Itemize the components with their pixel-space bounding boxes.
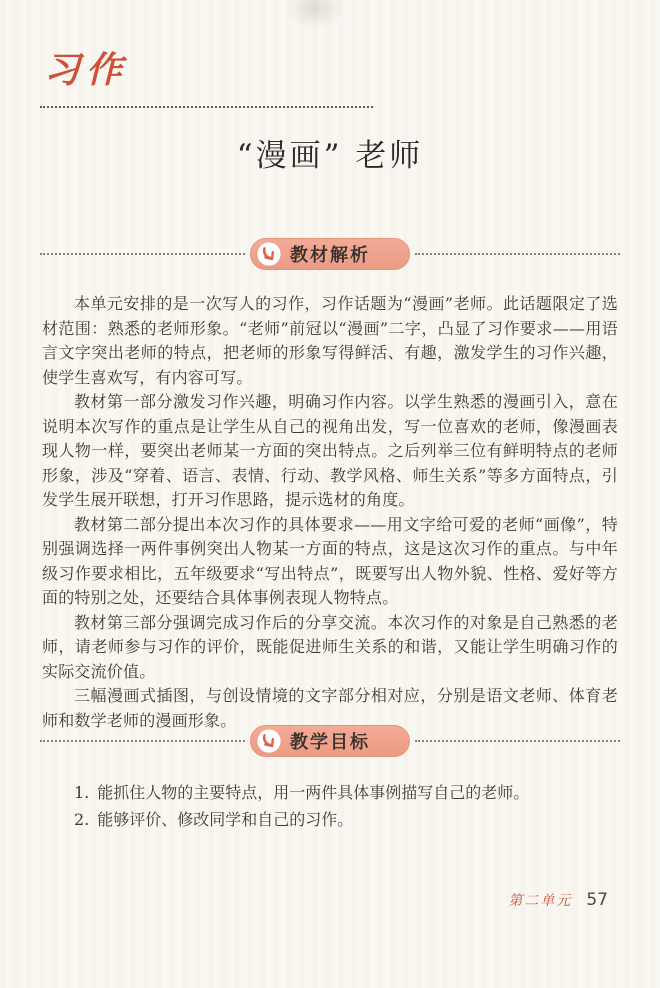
material-analysis-badge: 教材解析 xyxy=(250,238,410,270)
badge-label: 教学目标 xyxy=(290,728,370,754)
paragraph: 教材第三部分强调完成习作后的分享交流。本次习作的对象是自己熟悉的老师，请老师参与… xyxy=(42,611,618,685)
curved-down-right-arrow-icon xyxy=(256,728,282,754)
objective-text: 能抓住人物的主要特点，用一两件具体事例描写自己的老师。 xyxy=(97,783,529,802)
objective-text: 能够评价、修改同学和自己的习作。 xyxy=(97,810,353,829)
dotted-divider-right xyxy=(415,253,620,255)
page-footer: 第二单元 57 xyxy=(508,890,608,910)
lesson-title: “漫画” 老师 xyxy=(0,130,660,175)
paragraph: 本单元安排的是一次写人的习作，习作话题为“漫画”老师。此话题限定了选材范围：熟悉… xyxy=(42,292,618,390)
objective-item: 1.能抓住人物的主要特点，用一两件具体事例描写自己的老师。 xyxy=(42,779,618,806)
page-number: 57 xyxy=(586,890,608,910)
dotted-divider-left xyxy=(40,253,245,255)
paragraph: 教材第二部分提出本次习作的具体要求——用文字给可爱的老师“画像”，特别强调选择一… xyxy=(42,513,618,611)
book-page: 习作 “漫画” 老师 教材解析 本单元安排的是一次写人的习作，习作话题为“漫画”… xyxy=(0,0,660,988)
objective-number: 1. xyxy=(74,783,89,802)
objectives-list: 1.能抓住人物的主要特点，用一两件具体事例描写自己的老师。 2.能够评价、修改同… xyxy=(42,779,618,833)
dotted-divider-left xyxy=(40,740,245,742)
unit-label: 第二单元 xyxy=(508,890,572,910)
curved-down-right-arrow-icon xyxy=(256,241,282,267)
badge-row-teaching-objectives: 教学目标 xyxy=(40,725,620,757)
badge-row-material-analysis: 教材解析 xyxy=(40,238,620,270)
teaching-objectives-badge: 教学目标 xyxy=(250,725,410,757)
paragraph: 教材第一部分激发习作兴趣，明确习作内容。以学生熟悉的漫画引入，意在说明本次写作的… xyxy=(42,390,618,513)
header-dotted-rule xyxy=(40,106,373,108)
dotted-divider-right xyxy=(415,740,620,742)
badge-label: 教材解析 xyxy=(290,241,370,267)
material-analysis-body: 本单元安排的是一次写人的习作，习作话题为“漫画”老师。此话题限定了选材范围：熟悉… xyxy=(42,292,618,733)
section-label: 习作 xyxy=(44,52,128,88)
objective-item: 2.能够评价、修改同学和自己的习作。 xyxy=(42,806,618,833)
objective-number: 2. xyxy=(74,810,89,829)
